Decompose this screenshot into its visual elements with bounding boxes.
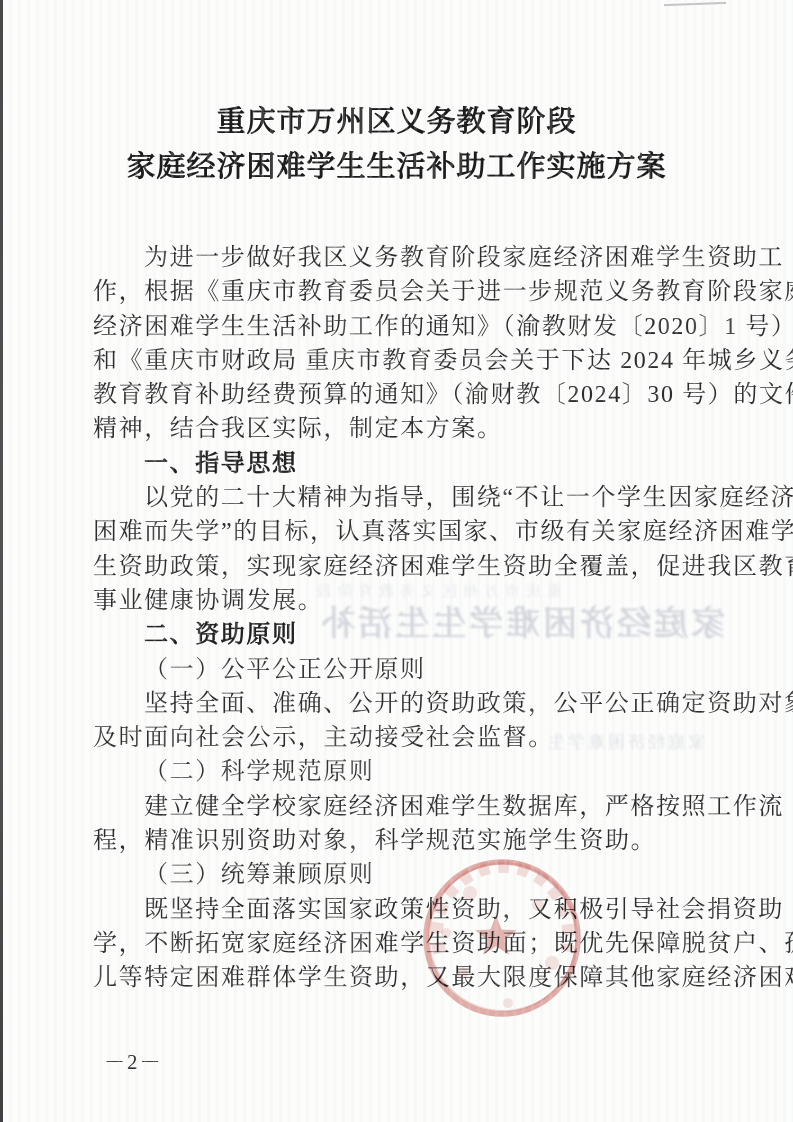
scan-mark-artifact xyxy=(664,2,726,6)
text-line: 建立健全学校家庭经济困难学生数据库，严格按照工作流 xyxy=(93,790,709,824)
text-line: 一、指导思想 xyxy=(93,447,709,481)
text-line: 经济困难学生生活补助工作的通知》（渝教财发〔2020〕1 号） xyxy=(93,310,709,344)
text-line: 坚持全面、准确、公开的资助政策，公平公正确定资助对象， xyxy=(93,687,709,721)
text-line: （一）公平公正公开原则 xyxy=(93,653,709,687)
text-line: （三）统筹兼顾原则 xyxy=(93,858,709,892)
text-line: 及时面向社会公示，主动接受社会监督。 xyxy=(93,721,709,755)
text-line: 困难而失学”的目标，认真落实国家、市级有关家庭经济困难学 xyxy=(93,515,709,549)
document-title-line2: 家庭经济困难学生生活补助工作实施方案 xyxy=(0,145,793,190)
text-line: 学，不断拓宽家庭经济困难学生资助面；既优先保障脱贫户、孤 xyxy=(93,927,709,961)
text-line: 事业健康协调发展。 xyxy=(93,584,709,618)
document-title-line1: 重庆市万州区义务教育阶段 xyxy=(0,100,793,145)
text-line: 生资助政策，实现家庭经济困难学生资助全覆盖，促进我区教育 xyxy=(93,550,709,584)
text-line: 精神，结合我区实际，制定本方案。 xyxy=(93,412,709,446)
text-line: 二、资助原则 xyxy=(93,618,709,652)
document-body: 为进一步做好我区义务教育阶段家庭经济困难学生资助工 作，根据《重庆市教育委员会关… xyxy=(93,241,709,996)
text-line: 既坚持全面落实国家政策性资助，又积极引导社会捐资助 xyxy=(93,893,709,927)
document-page: 重庆市万州区义务教育阶段 家庭经济困难学生生活补助工作实施方案 重庆市万州区义务… xyxy=(0,0,793,1122)
text-line: 儿等特定困难群体学生资助，又最大限度保障其他家庭经济困难 xyxy=(93,961,709,995)
text-line: 程，精准识别资助对象，科学规范实施学生资助。 xyxy=(93,824,709,858)
document-title: 重庆市万州区义务教育阶段 家庭经济困难学生生活补助工作实施方案 xyxy=(0,100,793,190)
text-line: 以党的二十大精神为指导，围绕“不让一个学生因家庭经济 xyxy=(93,481,709,515)
text-line: 教育教育补助经费预算的通知》（渝财教〔2024〕30 号）的文件 xyxy=(93,378,709,412)
text-line: （二）科学规范原则 xyxy=(93,755,709,789)
text-line: 和《重庆市财政局 重庆市教育委员会关于下达 2024 年城乡义务 xyxy=(93,344,709,378)
page-number: －2－ xyxy=(104,1046,163,1076)
text-line: 作，根据《重庆市教育委员会关于进一步规范义务教育阶段家庭 xyxy=(93,275,709,309)
text-line: 为进一步做好我区义务教育阶段家庭经济困难学生资助工 xyxy=(93,241,709,275)
